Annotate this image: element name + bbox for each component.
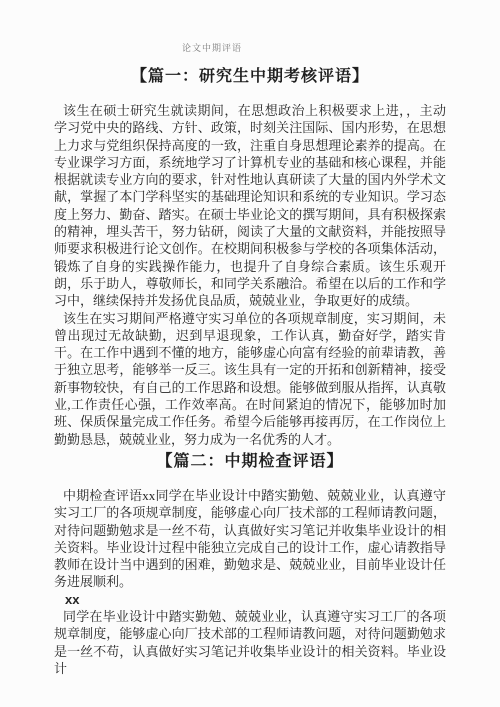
section-1-paragraph-2: 该生在实习期间严格遵守实习单位的各项规章制度，实习期间，未曾出现过无故缺勤，迟到… [54,310,446,448]
section-1-title: 【篇一：研究生中期考核评语】 [54,66,446,88]
section-2-xx-line: xx [54,591,446,608]
section-2-paragraph-2: 同学在毕业设计中踏实勤勉、兢兢业业，认真遵守实习工厂的各项规章制度，能够虚心向厂… [54,608,446,677]
section-2-paragraph-1: 中期检查评语xx同学在毕业设计中踏实勤勉、兢兢业业，认真遵守实习工厂的各项规章制… [54,487,446,591]
section-2-title: 【篇二：中期检查评语】 [54,451,446,473]
document-page: 论文中期评语 【篇一：研究生中期考核评语】 该生在硕士研究生就读期间，在思想政治… [0,0,500,707]
document-header-title: 论文中期评语 [54,42,370,54]
section-1-paragraph-1: 该生在硕士研究生就读期间，在思想政治上积极要求上进，，主动学习党中央的路线、方针… [54,102,446,310]
